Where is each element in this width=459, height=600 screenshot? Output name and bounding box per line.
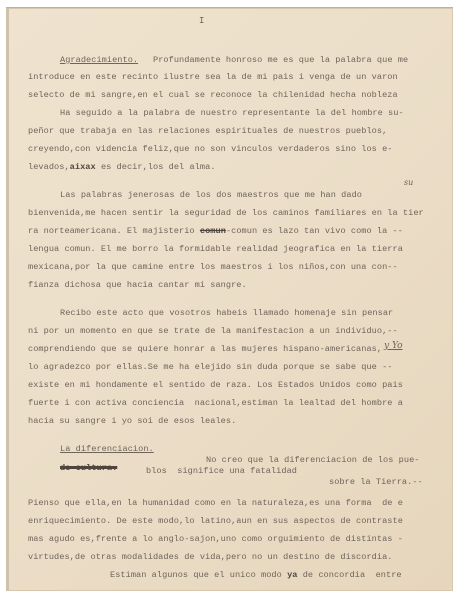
struck-word: aixax [70,162,96,172]
text-line: Estiman algunos que el unico modo ya de … [110,571,402,580]
text-line: enriquecimiento. De este modo,lo latino,… [28,517,403,526]
text-fragment: levados, [28,162,70,172]
text-line: mas agudo es,frente a lo anglo-sajon,uno… [28,535,403,544]
text-line: bienvenida,me hacen sentir la seguridad … [28,209,424,218]
handwritten-margin-mark: y Yo [384,341,403,351]
text-line: blos significe una fatalidad [146,467,297,476]
heading-text: Agradecimiento. [60,55,138,65]
text-line: fianza dichosa que hacia cantar mi sangr… [28,281,247,290]
text-line: introduce en este recinto ilustre sea la… [28,73,398,82]
text-fragment: ra norteamericana. El majisterio [28,226,195,236]
text-line: hacia su sangre i yo soi de esos leales. [28,417,236,426]
text-line: mexicana,por la que camine entre los mae… [28,263,398,272]
struck-word: comun [200,226,226,236]
text-line: sobre la Tierra.-- [329,478,423,487]
text-line: Profundamente honroso me es que la palab… [153,56,408,65]
text-line: comprendiendo que se quiere honrar a las… [28,345,382,354]
struck-heading: de-cultura. [60,464,117,473]
section-heading-diferenciacion: La diferenciacion. [60,445,154,454]
text-line: lengua comun. El me borro la formidable … [28,245,403,254]
text-line: levados,aixax es decir,los del alma. [28,163,216,172]
text-fragment: Estiman algunos que el unico modo [110,570,282,580]
section-heading-agradecimiento: Agradecimiento. [60,56,138,65]
text-fragment: -comun es lazo tan vivo como la -- [226,226,403,236]
page-number: I [199,16,204,26]
struck-heading-text: de-cultura. [60,463,117,473]
text-line: Pienso que ella,en la humanidad como en … [28,499,403,508]
struck-word: ya [287,570,297,580]
typewritten-page: I Agradecimiento. Profundamente honroso … [6,7,453,591]
page-edge [6,8,9,591]
handwritten-insert: su [404,178,413,187]
text-fragment: de concordia entre [303,570,402,580]
text-line: selecto de mi sangre,en el cual se recon… [28,91,398,100]
text-line: peñor que trabaja en las relaciones espi… [28,127,387,136]
text-fragment: es decir,los del alma. [101,162,216,172]
text-line: fuerte i con activa conciencia nacional,… [28,399,403,408]
text-line: ni por un momento en que se trate de la … [28,327,398,336]
text-line: creyendo,con videncia feliz,que no son v… [28,145,393,154]
text-line: ra norteamericana. El majisterio comun-c… [28,227,403,236]
heading-text: La diferenciacion. [60,444,154,454]
text-line: virtudes,de otras modalidades de vida,pe… [28,553,393,562]
text-line: Recibo este acto que vosotros habeis lla… [60,309,393,318]
text-line: existe en mi hondamente el sentido de ra… [28,381,403,390]
text-line: Las palabras jenerosas de los dos maestr… [60,191,362,200]
text-line: lo agradezco por ellas.Se me ha elejido … [28,363,393,372]
text-line: No creo que la diferenciacion de los pue… [206,456,420,465]
text-line: Ha seguido a la palabra de nuestro repre… [60,109,404,118]
